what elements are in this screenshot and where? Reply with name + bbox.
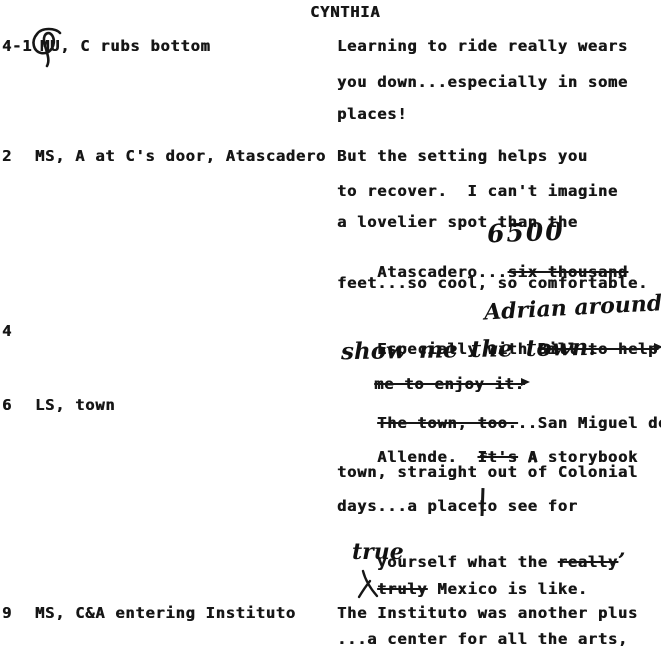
script-line: Learning to ride really wears [337, 37, 628, 55]
strike-arrowhead-icon [654, 343, 661, 351]
script-text: Mexico is like. [427, 580, 588, 598]
script-line: feet...so cool, so comfortable. [337, 274, 648, 292]
script-line: The Instituto was another plus [337, 604, 638, 622]
script-line: places! [337, 105, 407, 123]
insertion-caret-icon [357, 570, 381, 598]
script-line: ...a center for all the arts, [337, 630, 628, 647]
shot-number: 9 [2, 604, 12, 622]
shot-number: 6 [2, 396, 12, 414]
handwritten-note: 6500 [487, 217, 566, 249]
shot-description: MS, C&A entering Instituto [35, 604, 296, 622]
strikethrough-text: me to enjoy it. [374, 375, 524, 393]
script-line: But the setting helps you [337, 147, 588, 165]
capitalize-mark: = [478, 447, 489, 461]
shot-number: 2 [2, 147, 12, 165]
shot-number: 4 [2, 322, 12, 340]
script-line: to recover. I can't imagine [337, 182, 618, 200]
shot-description: LS, town [35, 396, 115, 414]
strikethrough-text: truly [377, 580, 427, 598]
script-line: town, straight out of Colonial [337, 463, 638, 481]
shot-description: MS, A at C's door, Atascadero [35, 147, 326, 165]
handwritten-scribble-icon [28, 25, 74, 69]
strike-arrowhead-icon [521, 378, 530, 386]
page-title: CYNTHIA [310, 3, 380, 21]
script-page: CYNTHIA 4-1 MU, C rubs bottom Learning t… [0, 0, 661, 647]
script-line: you down...especially in some [337, 73, 628, 91]
handwritten-apostrophe: ’ [618, 548, 626, 572]
script-line: days...a placeto see for [337, 497, 578, 515]
